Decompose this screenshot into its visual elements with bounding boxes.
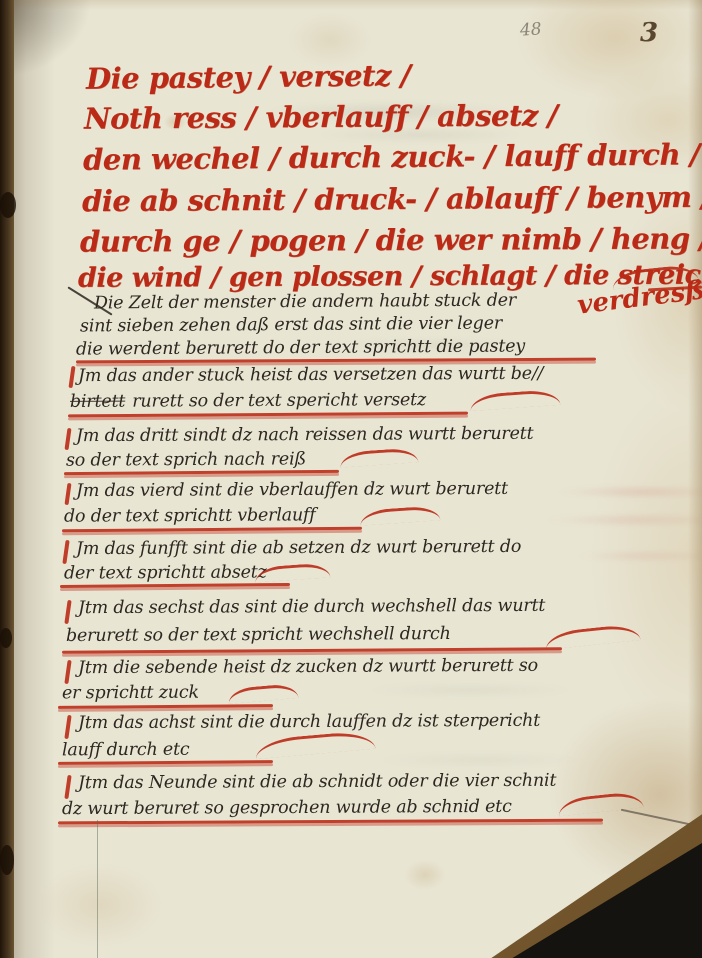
body-line: do der text sprichtt vberlauff bbox=[64, 505, 316, 526]
rubricated-initial-mark bbox=[68, 366, 75, 388]
heading-line-1: Die pastey / versetz / bbox=[86, 58, 411, 95]
body-line: er sprichtt zuck bbox=[62, 683, 199, 704]
heading-line-4: die ab schnit / druck- / ablauff / benym… bbox=[82, 180, 702, 218]
body-line: der text sprichtt absetz bbox=[64, 562, 267, 583]
rubricated-initial-mark bbox=[64, 715, 71, 739]
rubricated-initial-mark bbox=[64, 775, 71, 799]
body-line: sint sieben zehen daß erst das sint die … bbox=[80, 314, 502, 337]
rubricated-initial-mark bbox=[64, 600, 71, 624]
rubricated-initial-mark bbox=[64, 428, 71, 450]
red-underline bbox=[58, 819, 603, 825]
body-line: Jm das vierd sint die vberlauffen dz wur… bbox=[76, 479, 508, 501]
heading-line-2: Noth ress / vberlauff / absetz / bbox=[84, 98, 558, 135]
red-flourish bbox=[470, 389, 561, 411]
red-underline bbox=[68, 412, 468, 418]
gutter-blot bbox=[0, 628, 12, 648]
heading-line-3: den wechel / durch zuck- / lauff durch / bbox=[83, 137, 700, 176]
red-flourish bbox=[227, 683, 298, 704]
body-line: Jm das ander stuck heist das versetzen d… bbox=[78, 364, 543, 386]
rubricated-initial-mark bbox=[62, 540, 69, 564]
red-underline bbox=[58, 760, 273, 765]
gutter-blot bbox=[0, 192, 16, 218]
body-line-text: rurett so der text spericht versetz bbox=[132, 390, 426, 412]
binding-gutter bbox=[0, 0, 14, 958]
margin-rule-line bbox=[97, 820, 98, 958]
body-line: Jtm das achst sint die durch lauffen dz … bbox=[78, 711, 540, 733]
body-line: birtettrurett so der text spericht verse… bbox=[70, 390, 426, 412]
struck-word: birtett bbox=[70, 392, 125, 412]
manuscript-page: 48 3 Die pastey / versetz / Noth ress / … bbox=[0, 0, 702, 958]
red-underline bbox=[58, 704, 273, 709]
rubricated-initial-mark bbox=[64, 483, 71, 505]
red-underline bbox=[60, 583, 290, 588]
body-line: berurett so der text spricht wechshell d… bbox=[66, 624, 451, 646]
folio-number-pencil: 48 bbox=[519, 19, 542, 40]
heading-line-5: durch ge / pogen / die wer nimb / heng / bbox=[80, 221, 702, 258]
red-underline bbox=[62, 527, 362, 533]
body-line: dz wurt beruret so gesprochen wurde ab s… bbox=[62, 797, 512, 819]
body-line: Die Zelt der menster die andern haubt st… bbox=[94, 291, 516, 314]
gutter-blot bbox=[0, 845, 14, 875]
red-flourish bbox=[360, 505, 441, 526]
body-line: Jm das dritt sindt dz nach reissen das w… bbox=[76, 424, 533, 446]
body-line: die werdent berurett do der text spricht… bbox=[76, 336, 525, 359]
red-flourish bbox=[340, 447, 419, 467]
body-line: Jtm das Neunde sint die ab schnidt oder … bbox=[78, 771, 556, 794]
red-underline bbox=[64, 470, 339, 475]
body-line: Jtm die sebende heist dz zucken dz wurtt… bbox=[78, 656, 538, 678]
folio-number-ink: 3 bbox=[640, 18, 658, 48]
red-flourish bbox=[544, 623, 640, 650]
body-line: lauff durch etc bbox=[62, 740, 190, 761]
red-flourish bbox=[254, 730, 375, 759]
red-underline bbox=[62, 647, 562, 653]
rubricated-initial-mark bbox=[64, 660, 71, 684]
body-line: Jtm das sechst das sint die durch wechsh… bbox=[78, 596, 545, 618]
body-line: Jm das funfft sint die ab setzen dz wurt… bbox=[76, 537, 521, 559]
body-line: so der text sprich nach reiß bbox=[66, 449, 306, 470]
